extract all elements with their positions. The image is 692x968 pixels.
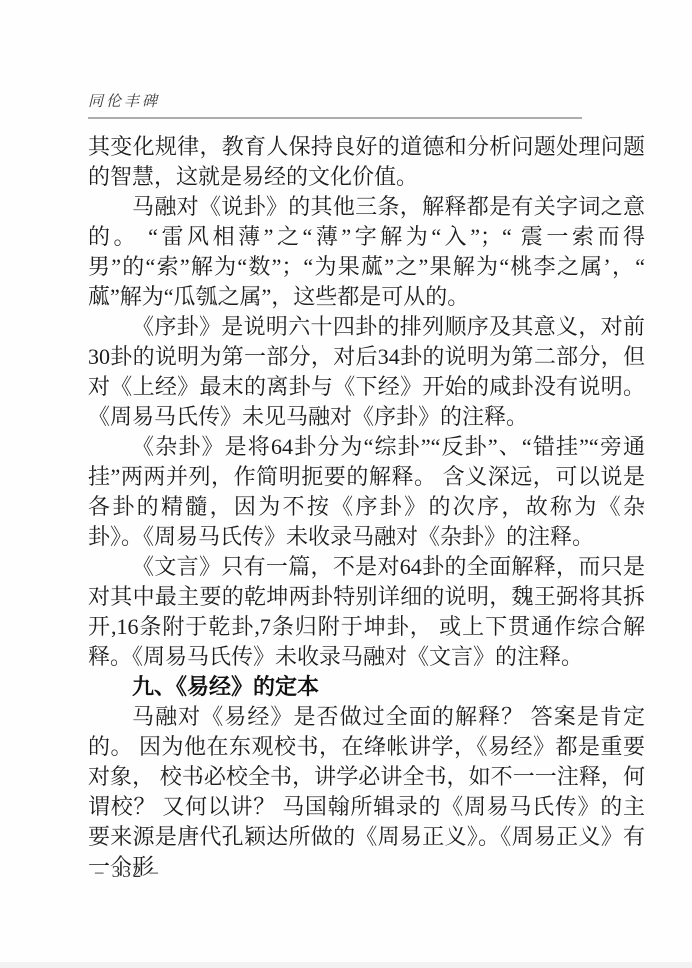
body-paragraph-6: 马融对《易经》是否做过全面的解释？ 答案是肯定的。 因为他在东观校书，在绛帐讲学… [88, 702, 645, 882]
section-heading: 九、《易经》的定本 [88, 672, 645, 702]
body-paragraph-3: 《序卦》是说明六十四卦的排列顺序及其意义，对前30卦的说明为第一部分，对后34卦… [88, 312, 645, 432]
scan-edge [0, 962, 692, 968]
page-number: – 332 – [95, 862, 160, 882]
body-paragraph-1: 其变化规律，教育人保持良好的道德和分析问题处理问题的智慧，这就是易经的文化价值。 [88, 132, 645, 192]
running-header: 同伦丰碑 [88, 90, 645, 119]
book-page: 同伦丰碑 其变化规律，教育人保持良好的道德和分析问题处理问题的智慧，这就是易经的… [0, 0, 692, 968]
running-title: 同伦丰碑 [88, 90, 645, 111]
body-paragraph-2: 马融对《说卦》的其他三条，解释都是有关字词之意的。 “雷风相薄”之“薄”字解为“… [88, 192, 645, 312]
body-paragraph-4: 《杂卦》是将64卦分为“综卦”“反卦”、“错挂”“旁通挂”两两并列，作简明扼要的… [88, 432, 645, 552]
body-paragraph-5: 《文言》只有一篇，不是对64卦的全面解释，而只是对其中最主要的乾坤两卦特别详细的… [88, 552, 645, 672]
header-rule [88, 117, 582, 119]
body-text: 其变化规律，教育人保持良好的道德和分析问题处理问题的智慧，这就是易经的文化价值。… [88, 132, 645, 882]
